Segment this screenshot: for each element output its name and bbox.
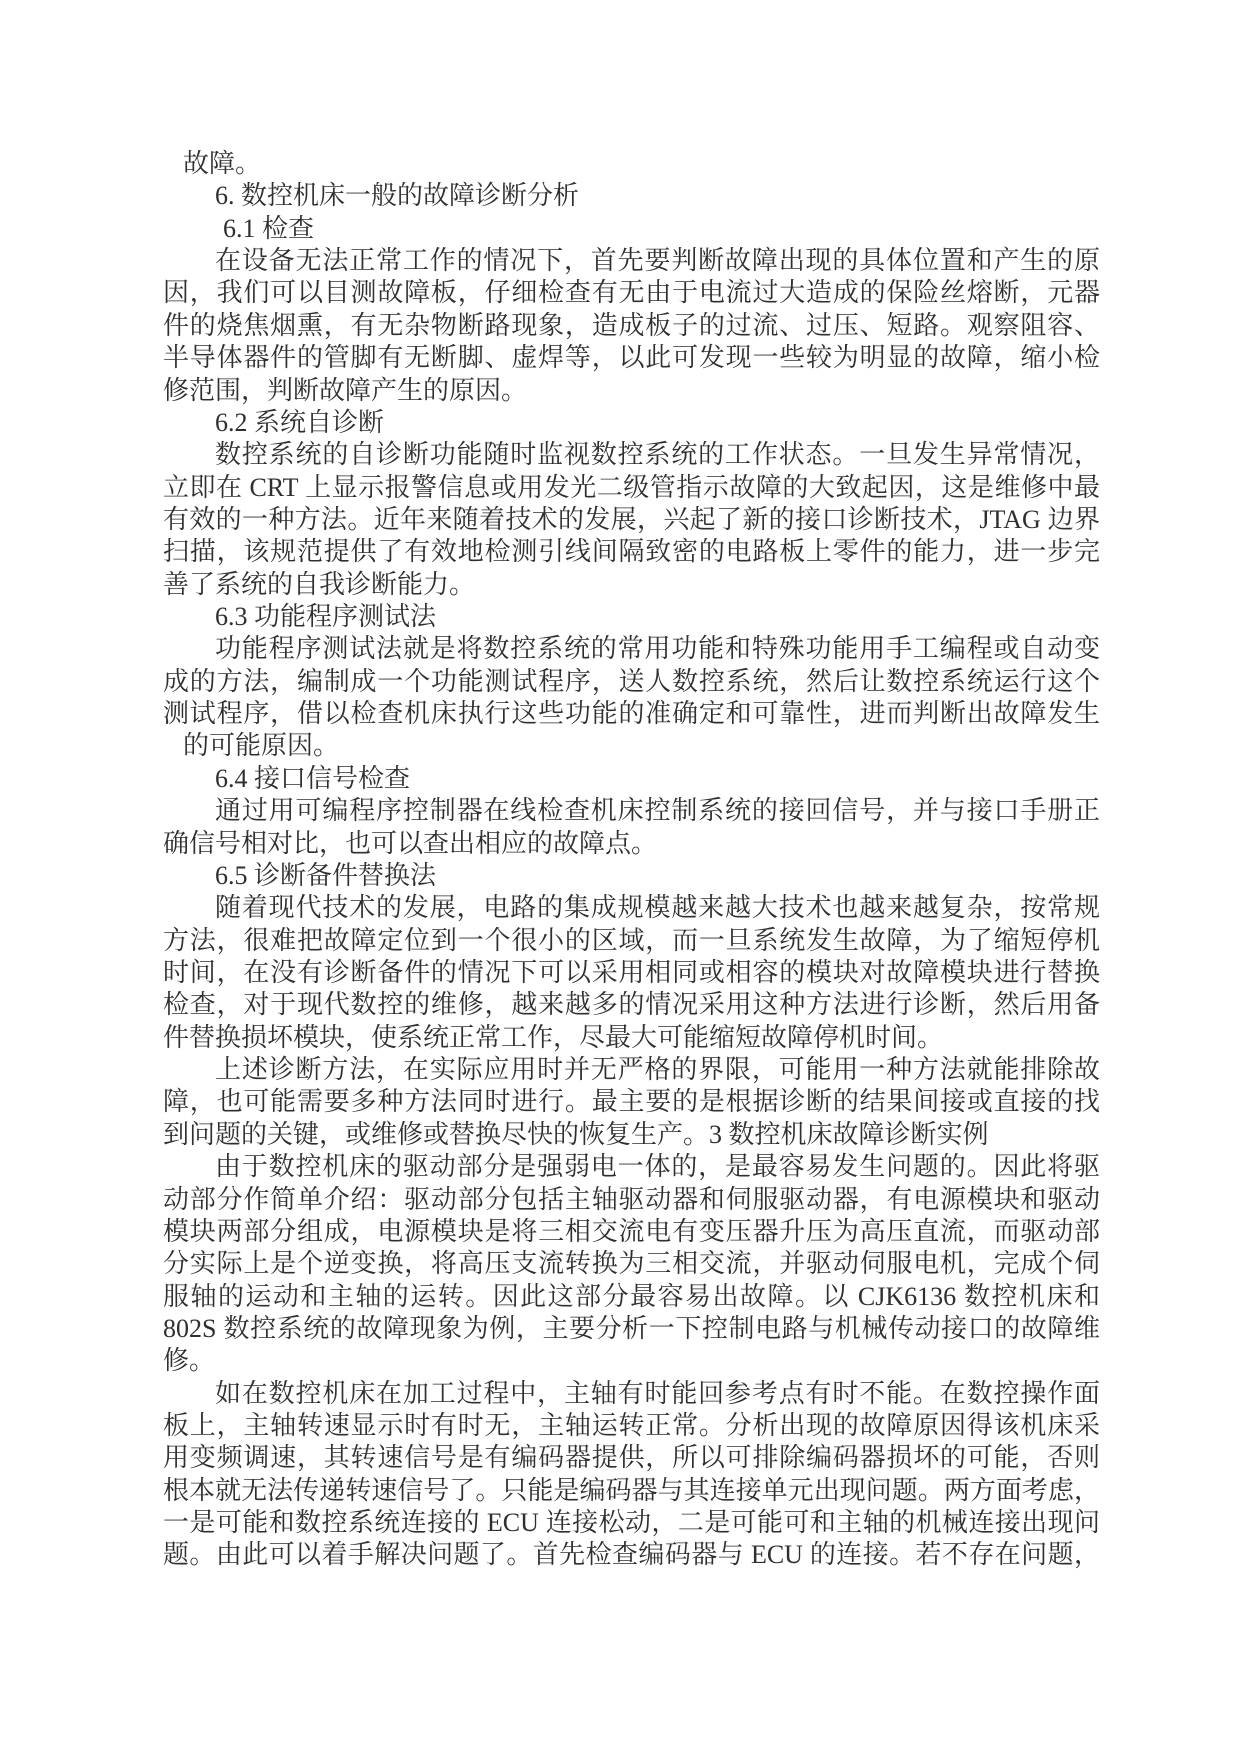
text-line: 模块两部分组成，电源模块是将三相交流电有变压器升压为高压直流，而驱动部 xyxy=(163,1216,1100,1248)
text-line: 服轴的运动和主轴的运转。因此这部分最容易出故障。以 CJK6136 数控机床和 xyxy=(163,1281,1100,1313)
text-line: 修。 xyxy=(163,1345,1100,1377)
text-line: 测试程序，借以检查机床执行这些功能的准确定和可靠性，进而判断出故障发生 xyxy=(163,698,1100,730)
text-line: 件的烧焦烟熏，有无杂物断路现象，造成板子的过流、过压、短路。观察阻容、 xyxy=(163,310,1100,342)
text-line: 方法，很难把故障定位到一个很小的区域，而一旦系统发生故障，为了缩短停机 xyxy=(163,925,1100,957)
document-page: 故障。6. 数控机床一般的故障诊断分析6.1 检查在设备无法正常工作的情况下，首… xyxy=(0,0,1241,1754)
text-line: 扫描，该规范提供了有效地检测引线间隔致密的电路板上零件的能力，进一步完 xyxy=(163,536,1100,568)
text-line: 6.1 检查 xyxy=(163,213,1100,245)
text-line: 分实际上是个逆变换，将高压支流转换为三相交流，并驱动伺服电机，完成个伺 xyxy=(163,1248,1100,1280)
text-line: 检查，对于现代数控的维修，越来越多的情况采用这种方法进行诊断，然后用备 xyxy=(163,989,1100,1021)
text-line: 通过用可编程序控制器在线检查机床控制系统的接回信号，并与接口手册正 xyxy=(163,795,1100,827)
text-line: 善了系统的自我诊断能力。 xyxy=(163,569,1100,601)
text-line: 6.2 系统自诊断 xyxy=(163,407,1100,439)
text-line: 故障。 xyxy=(163,148,1100,180)
text-line: 根本就无法传递转速信号了。只能是编码器与其连接单元出现问题。两方面考虑， xyxy=(163,1475,1100,1507)
text-line: 一是可能和数控系统连接的 ECU 连接松动，二是可能可和主轴的机械连接出现问 xyxy=(163,1507,1100,1539)
text-line: 板上，主轴转速显示时有时无，主轴运转正常。分析出现的故障原因得该机床采 xyxy=(163,1410,1100,1442)
text-line: 立即在 CRT 上显示报警信息或用发光二级管指示故障的大致起因，这是维修中最 xyxy=(163,472,1100,504)
text-line: 时间，在没有诊断备件的情况下可以采用相同或相容的模块对故障模块进行替换 xyxy=(163,957,1100,989)
text-line: 在设备无法正常工作的情况下，首先要判断故障出现的具体位置和产生的原 xyxy=(163,245,1100,277)
text-line: 6.3 功能程序测试法 xyxy=(163,601,1100,633)
text-line: 上述诊断方法，在实际应用时并无严格的界限，可能用一种方法就能排除故 xyxy=(163,1054,1100,1086)
text-line: 的可能原因。 xyxy=(163,730,1100,762)
text-line: 有效的一种方法。近年来随着技术的发展，兴起了新的接口诊断技术，JTAG 边界 xyxy=(163,504,1100,536)
text-line: 因，我们可以目测故障板，仔细检查有无由于电流过大造成的保险丝熔断，元器 xyxy=(163,277,1100,309)
text-line: 修范围，判断故障产生的原因。 xyxy=(163,375,1100,407)
text-line: 功能程序测试法就是将数控系统的常用功能和特殊功能用手工编程或自动变 xyxy=(163,633,1100,665)
text-line: 到问题的关键，或维修或替换尽快的恢复生产。3 数控机床故障诊断实例 xyxy=(163,1119,1100,1151)
text-line: 件替换损坏模块，使系统正常工作，尽最大可能缩短故障停机时间。 xyxy=(163,1022,1100,1054)
text-line: 数控系统的自诊断功能随时监视数控系统的工作状态。一旦发生异常情况， xyxy=(163,439,1100,471)
text-line: 半导体器件的管脚有无断脚、虚焊等，以此可发现一些较为明显的故障，缩小检 xyxy=(163,342,1100,374)
text-line: 障，也可能需要多种方法同时进行。最主要的是根据诊断的结果间接或直接的找 xyxy=(163,1086,1100,1118)
text-column: 故障。6. 数控机床一般的故障诊断分析6.1 检查在设备无法正常工作的情况下，首… xyxy=(163,148,1100,1572)
text-line: 用变频调速，其转速信号是有编码器提供，所以可排除编码器损坏的可能，否则 xyxy=(163,1442,1100,1474)
text-line: 成的方法，编制成一个功能测试程序，送人数控系统，然后让数控系统运行这个 xyxy=(163,666,1100,698)
text-line: 题。由此可以着手解决问题了。首先检查编码器与 ECU 的连接。若不存在问题， xyxy=(163,1539,1100,1571)
text-line: 如在数控机床在加工过程中，主轴有时能回参考点有时不能。在数控操作面 xyxy=(163,1378,1100,1410)
text-line: 6.5 诊断备件替换法 xyxy=(163,860,1100,892)
text-line: 动部分作简单介绍：驱动部分包括主轴驱动器和伺服驱动器，有电源模块和驱动 xyxy=(163,1184,1100,1216)
text-line: 6.4 接口信号检查 xyxy=(163,763,1100,795)
text-line: 由于数控机床的驱动部分是强弱电一体的，是最容易发生问题的。因此将驱 xyxy=(163,1151,1100,1183)
text-line: 随着现代技术的发展，电路的集成规模越来越大技术也越来越复杂，按常规 xyxy=(163,892,1100,924)
text-line: 802S 数控系统的故障现象为例，主要分析一下控制电路与机械传动接口的故障维 xyxy=(163,1313,1100,1345)
text-line: 确信号相对比，也可以查出相应的故障点。 xyxy=(163,828,1100,860)
text-line: 6. 数控机床一般的故障诊断分析 xyxy=(163,180,1100,212)
